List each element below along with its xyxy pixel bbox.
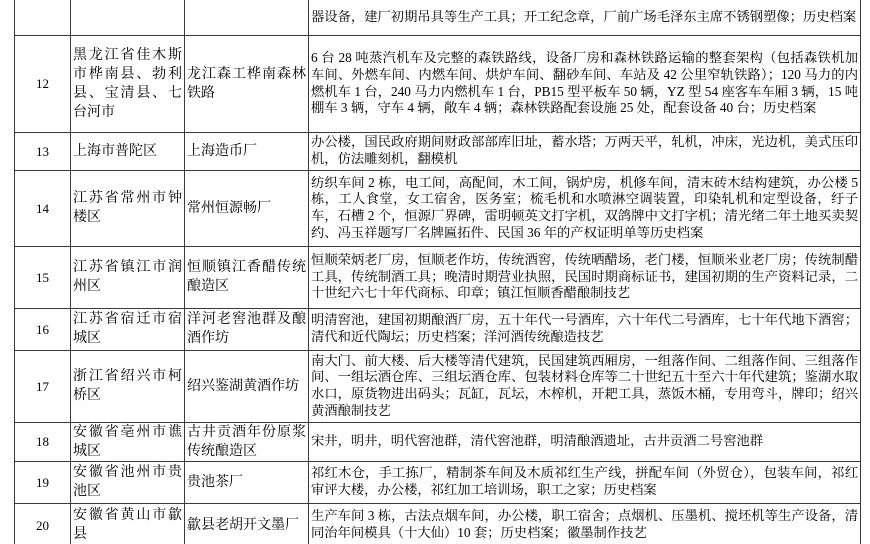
row-location-cell: 安徽省黄山市歙县: [71, 503, 185, 544]
heritage-table: 器设备，建厂初期吊具等生产工具；开工纪念章，厂前广场毛泽东主席不锈钢塑像；历史档…: [14, 0, 861, 544]
row-name-cell: 上海造币厂: [185, 132, 309, 170]
table-row: 14 江苏省常州市钟楼区 常州恒源畅厂 纺织车间 2 栋，电工间，高配间，木工间…: [15, 170, 861, 246]
row-description-cell: 南大门、前大楼、后大楼等清代建筑，民国建筑西厢房，一组落作间、二组落作间、三组落…: [309, 350, 861, 422]
table-row: 12 黑龙江省佳木斯市桦南县、勃利县、宝清县、七台河市 龙江森工桦南森林铁路 6…: [15, 35, 861, 132]
table-row: 18 安徽省亳州市谯城区 古井贡酒年份原浆传统酿造区 宋井，明井，明代窖池群，清…: [15, 422, 861, 461]
table-row: 15 江苏省镇江市润州区 恒顺镇江香醋传统酿造区 恒顺荣炳老厂房，恒顺老作坊，传…: [15, 246, 861, 308]
row-description-cell: 恒顺荣炳老厂房，恒顺老作坊，传统酒窖，传统晒醋场，老门楼，恒顺米业老厂房；传统制…: [309, 246, 861, 308]
row-index-cell: 15: [15, 246, 71, 308]
row-index-cell: 19: [15, 461, 71, 503]
row-name-cell: 恒顺镇江香醋传统酿造区: [185, 246, 309, 308]
row-description-cell: 纺织车间 2 栋，电工间，高配间，木工间，锅炉房，机修车间，清末砖木结构建筑，办…: [309, 170, 861, 246]
row-name-cell: 洋河老窖池群及酿酒作坊: [185, 308, 309, 350]
row-name-cell: 常州恒源畅厂: [185, 170, 309, 246]
row-location-cell: 安徽省池州市贵池区: [71, 461, 185, 503]
row-name-cell: 歙县老胡开文墨厂: [185, 503, 309, 544]
table-row: 20 安徽省黄山市歙县 歙县老胡开文墨厂 生产车间 3 栋，古法点烟车间，办公楼…: [15, 503, 861, 544]
row-description-cell: 明清窖池，建国初期酿酒厂房，五十年代一号酒库，六十年代二号酒库，七十年代地下酒窖…: [309, 308, 861, 350]
row-index-cell: 16: [15, 308, 71, 350]
row-location-cell: 黑龙江省佳木斯市桦南县、勃利县、宝清县、七台河市: [71, 35, 185, 132]
row-description-cell: 祁红木仓，手工拣厂，精制茶车间及木质祁红生产线，拼配车间（外贸仓），包装车间，祁…: [309, 461, 861, 503]
row-index-cell: 12: [15, 35, 71, 132]
document-page: 器设备，建厂初期吊具等生产工具；开工纪念章，厂前广场毛泽东主席不锈钢塑像；历史档…: [0, 0, 870, 544]
row-location-cell: [71, 0, 185, 35]
row-name-cell: [185, 0, 309, 35]
table-row: 19 安徽省池州市贵池区 贵池茶厂 祁红木仓，手工拣厂，精制茶车间及木质祁红生产…: [15, 461, 861, 503]
row-location-cell: 江苏省镇江市润州区: [71, 246, 185, 308]
row-location-cell: 上海市普陀区: [71, 132, 185, 170]
row-description-cell: 宋井，明井，明代窖池群，清代窖池群，明清酿酒遗址，古井贡酒二号窖池群: [309, 422, 861, 461]
row-location-cell: 安徽省亳州市谯城区: [71, 422, 185, 461]
row-location-cell: 浙江省绍兴市柯桥区: [71, 350, 185, 422]
row-description-cell: 6 台 28 吨蒸汽机车及完整的森铁路线，设备厂房和森林铁路运输的整套架构（包括…: [309, 35, 861, 132]
row-index-cell: 17: [15, 350, 71, 422]
row-location-cell: 江苏省常州市钟楼区: [71, 170, 185, 246]
row-index-cell: 13: [15, 132, 71, 170]
table-row: 17 浙江省绍兴市柯桥区 绍兴鉴湖黄酒作坊 南大门、前大楼、后大楼等清代建筑，民…: [15, 350, 861, 422]
row-description-cell: 器设备，建厂初期吊具等生产工具；开工纪念章，厂前广场毛泽东主席不锈钢塑像；历史档…: [309, 0, 861, 35]
table-row: 16 江苏省宿迁市宿城区 洋河老窖池群及酿酒作坊 明清窖池，建国初期酿酒厂房，五…: [15, 308, 861, 350]
row-index-cell: 14: [15, 170, 71, 246]
row-index-cell: 20: [15, 503, 71, 544]
row-location-cell: 江苏省宿迁市宿城区: [71, 308, 185, 350]
row-name-cell: 绍兴鉴湖黄酒作坊: [185, 350, 309, 422]
row-index-cell: 18: [15, 422, 71, 461]
row-name-cell: 龙江森工桦南森林铁路: [185, 35, 309, 132]
row-index-cell: [15, 0, 71, 35]
row-name-cell: 古井贡酒年份原浆传统酿造区: [185, 422, 309, 461]
row-description-cell: 办公楼，国民政府期间财政部部库旧址，蓄水塔；万两天平，轧机，冲床，光边机，美式压…: [309, 132, 861, 170]
table-row-carryover: 器设备，建厂初期吊具等生产工具；开工纪念章，厂前广场毛泽东主席不锈钢塑像；历史档…: [15, 0, 861, 35]
table-row: 13 上海市普陀区 上海造币厂 办公楼，国民政府期间财政部部库旧址，蓄水塔；万两…: [15, 132, 861, 170]
row-description-cell: 生产车间 3 栋，古法点烟车间，办公楼，职工宿舍；点烟机、压墨机、搅坯机等生产设…: [309, 503, 861, 544]
row-name-cell: 贵池茶厂: [185, 461, 309, 503]
